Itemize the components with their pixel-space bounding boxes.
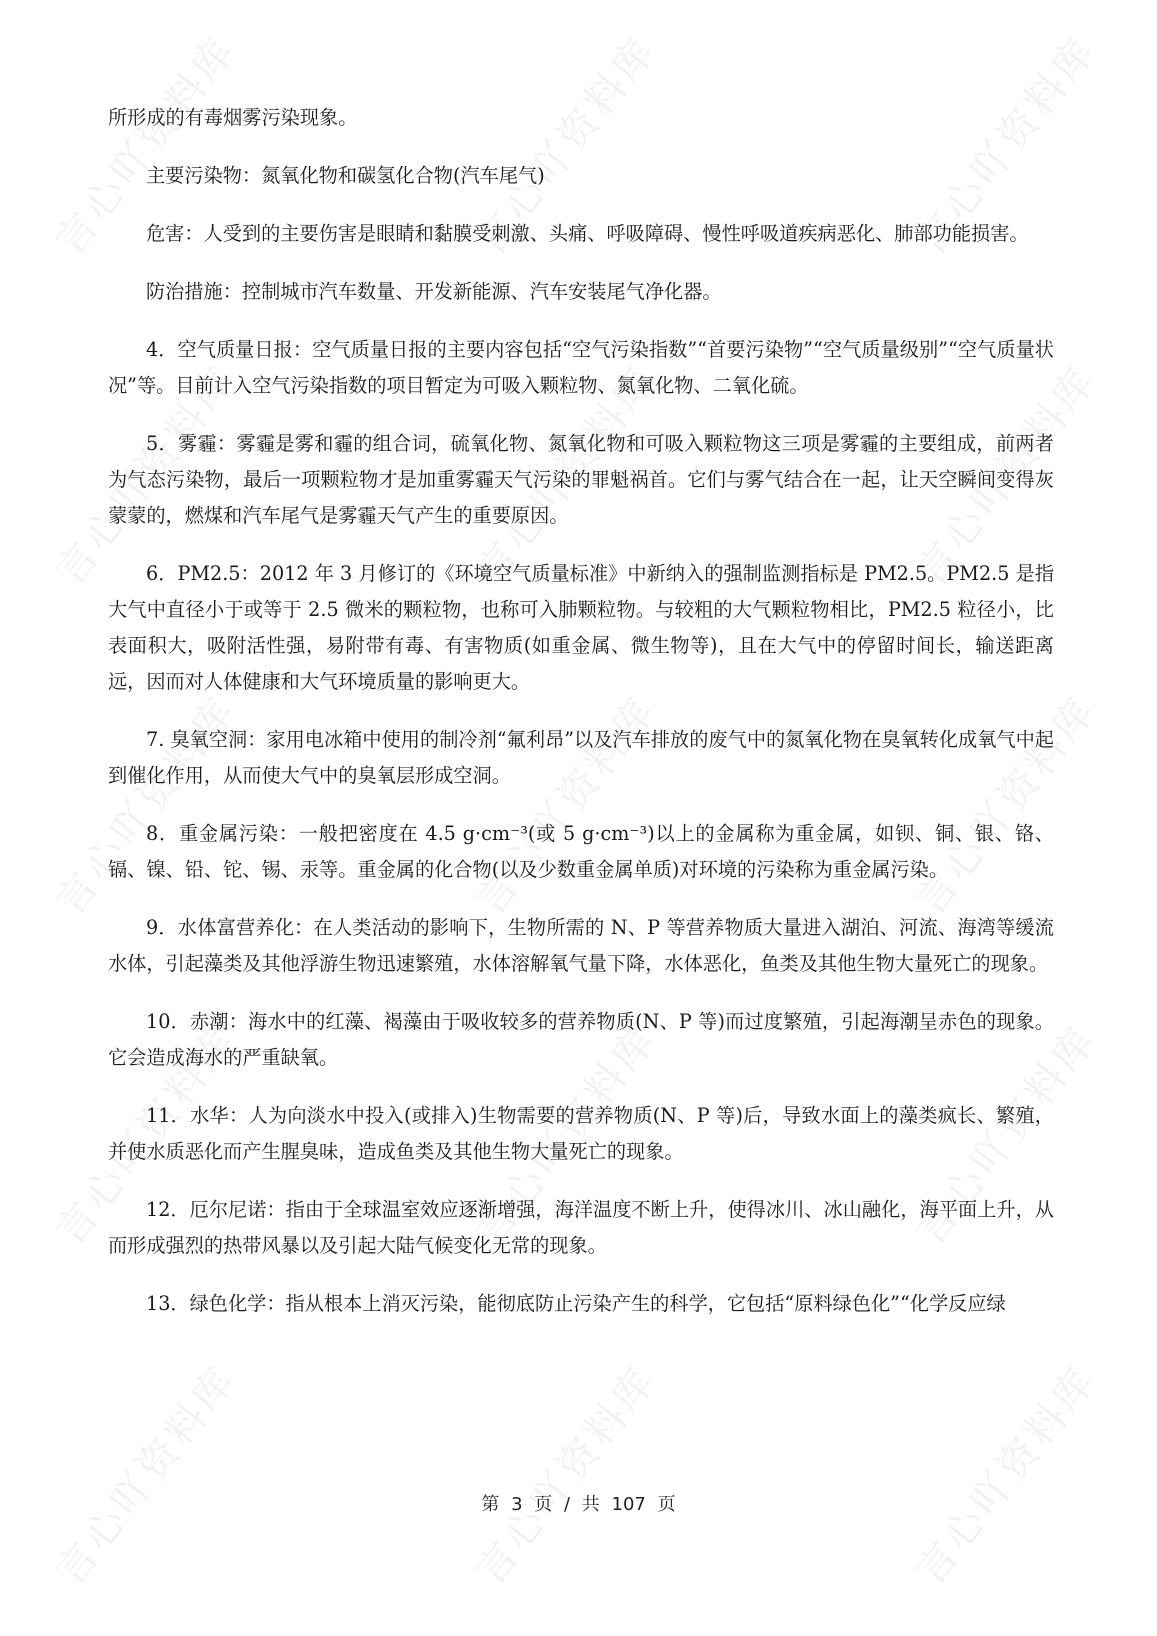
paragraph-air-quality-report: 4．空气质量日报：空气质量日报的主要内容包括“空气污染指数”“首要污染物”“空气… <box>108 332 1054 404</box>
watermark-text: 言心吖资料库 <box>900 1352 1107 1595</box>
document-page: 言心吖资料库 言心吖资料库 言心吖资料库 言心吖资料库 言心吖资料库 言心吖资料… <box>0 0 1157 1636</box>
paragraph-harm: 危害：人受到的主要伤害是眼睛和黏膜受刺激、头痛、呼吸障碍、慢性呼吸道疾病恶化、肺… <box>108 216 1054 252</box>
paragraph-green-chemistry: 13．绿色化学：指从根本上消灭污染，能彻底防止污染产生的科学，它包括“原料绿色化… <box>108 1286 1054 1322</box>
paragraph-el-nino: 12．厄尔尼诺：指由于全球温室效应逐渐增强，海洋温度不断上升，使得冰川、冰山融化… <box>108 1192 1054 1264</box>
paragraph-water-bloom: 11．水华：人为向淡水中投入(或排入)生物需要的营养物质(N、P 等)后，导致水… <box>108 1098 1054 1170</box>
paragraph-prevention: 防治措施：控制城市汽车数量、开发新能源、汽车安装尾气净化器。 <box>108 274 1054 310</box>
paragraph-heavy-metal-pollution: 8．重金属污染：一般把密度在 4.5 g·cm⁻³(或 5 g·cm⁻³)以上的… <box>108 816 1054 888</box>
page-indicator: 第 3 页 / 共 107 页 <box>481 1494 675 1515</box>
paragraph-red-tide: 10．赤潮：海水中的红藻、褐藻由于吸收较多的营养物质(N、P 等)而过度繁殖，引… <box>108 1004 1054 1076</box>
paragraph-pm25: 6．PM2.5：2012 年 3 月修订的《环境空气质量标准》中新纳入的强制监测… <box>108 556 1054 700</box>
watermark-text: 言心吖资料库 <box>460 1352 667 1595</box>
paragraph-smog-haze: 5．雾霾：雾霾是雾和霾的组合词，硫氧化物、氮氧化物和可吸入颗粒物这三项是雾霾的主… <box>108 426 1054 534</box>
paragraph-main-pollutants: 主要污染物：氮氧化物和碳氢化合物(汽车尾气) <box>108 158 1054 194</box>
page-footer: 第 3 页 / 共 107 页 <box>0 1490 1157 1516</box>
paragraph-eutrophication: 9．水体富营养化：在人类活动的影响下，生物所需的 N、P 等营养物质大量进入湖泊… <box>108 910 1054 982</box>
paragraph-ozone-hole: 7. 臭氧空洞：家用电冰箱中使用的制冷剂“氟利昂”以及汽车排放的废气中的氮氧化物… <box>108 722 1054 794</box>
document-body: 所形成的有毒烟雾污染现象。 主要污染物：氮氧化物和碳氢化合物(汽车尾气) 危害：… <box>108 100 1054 1344</box>
watermark-text: 言心吖资料库 <box>40 1352 247 1595</box>
paragraph-continuation: 所形成的有毒烟雾污染现象。 <box>108 100 1054 136</box>
